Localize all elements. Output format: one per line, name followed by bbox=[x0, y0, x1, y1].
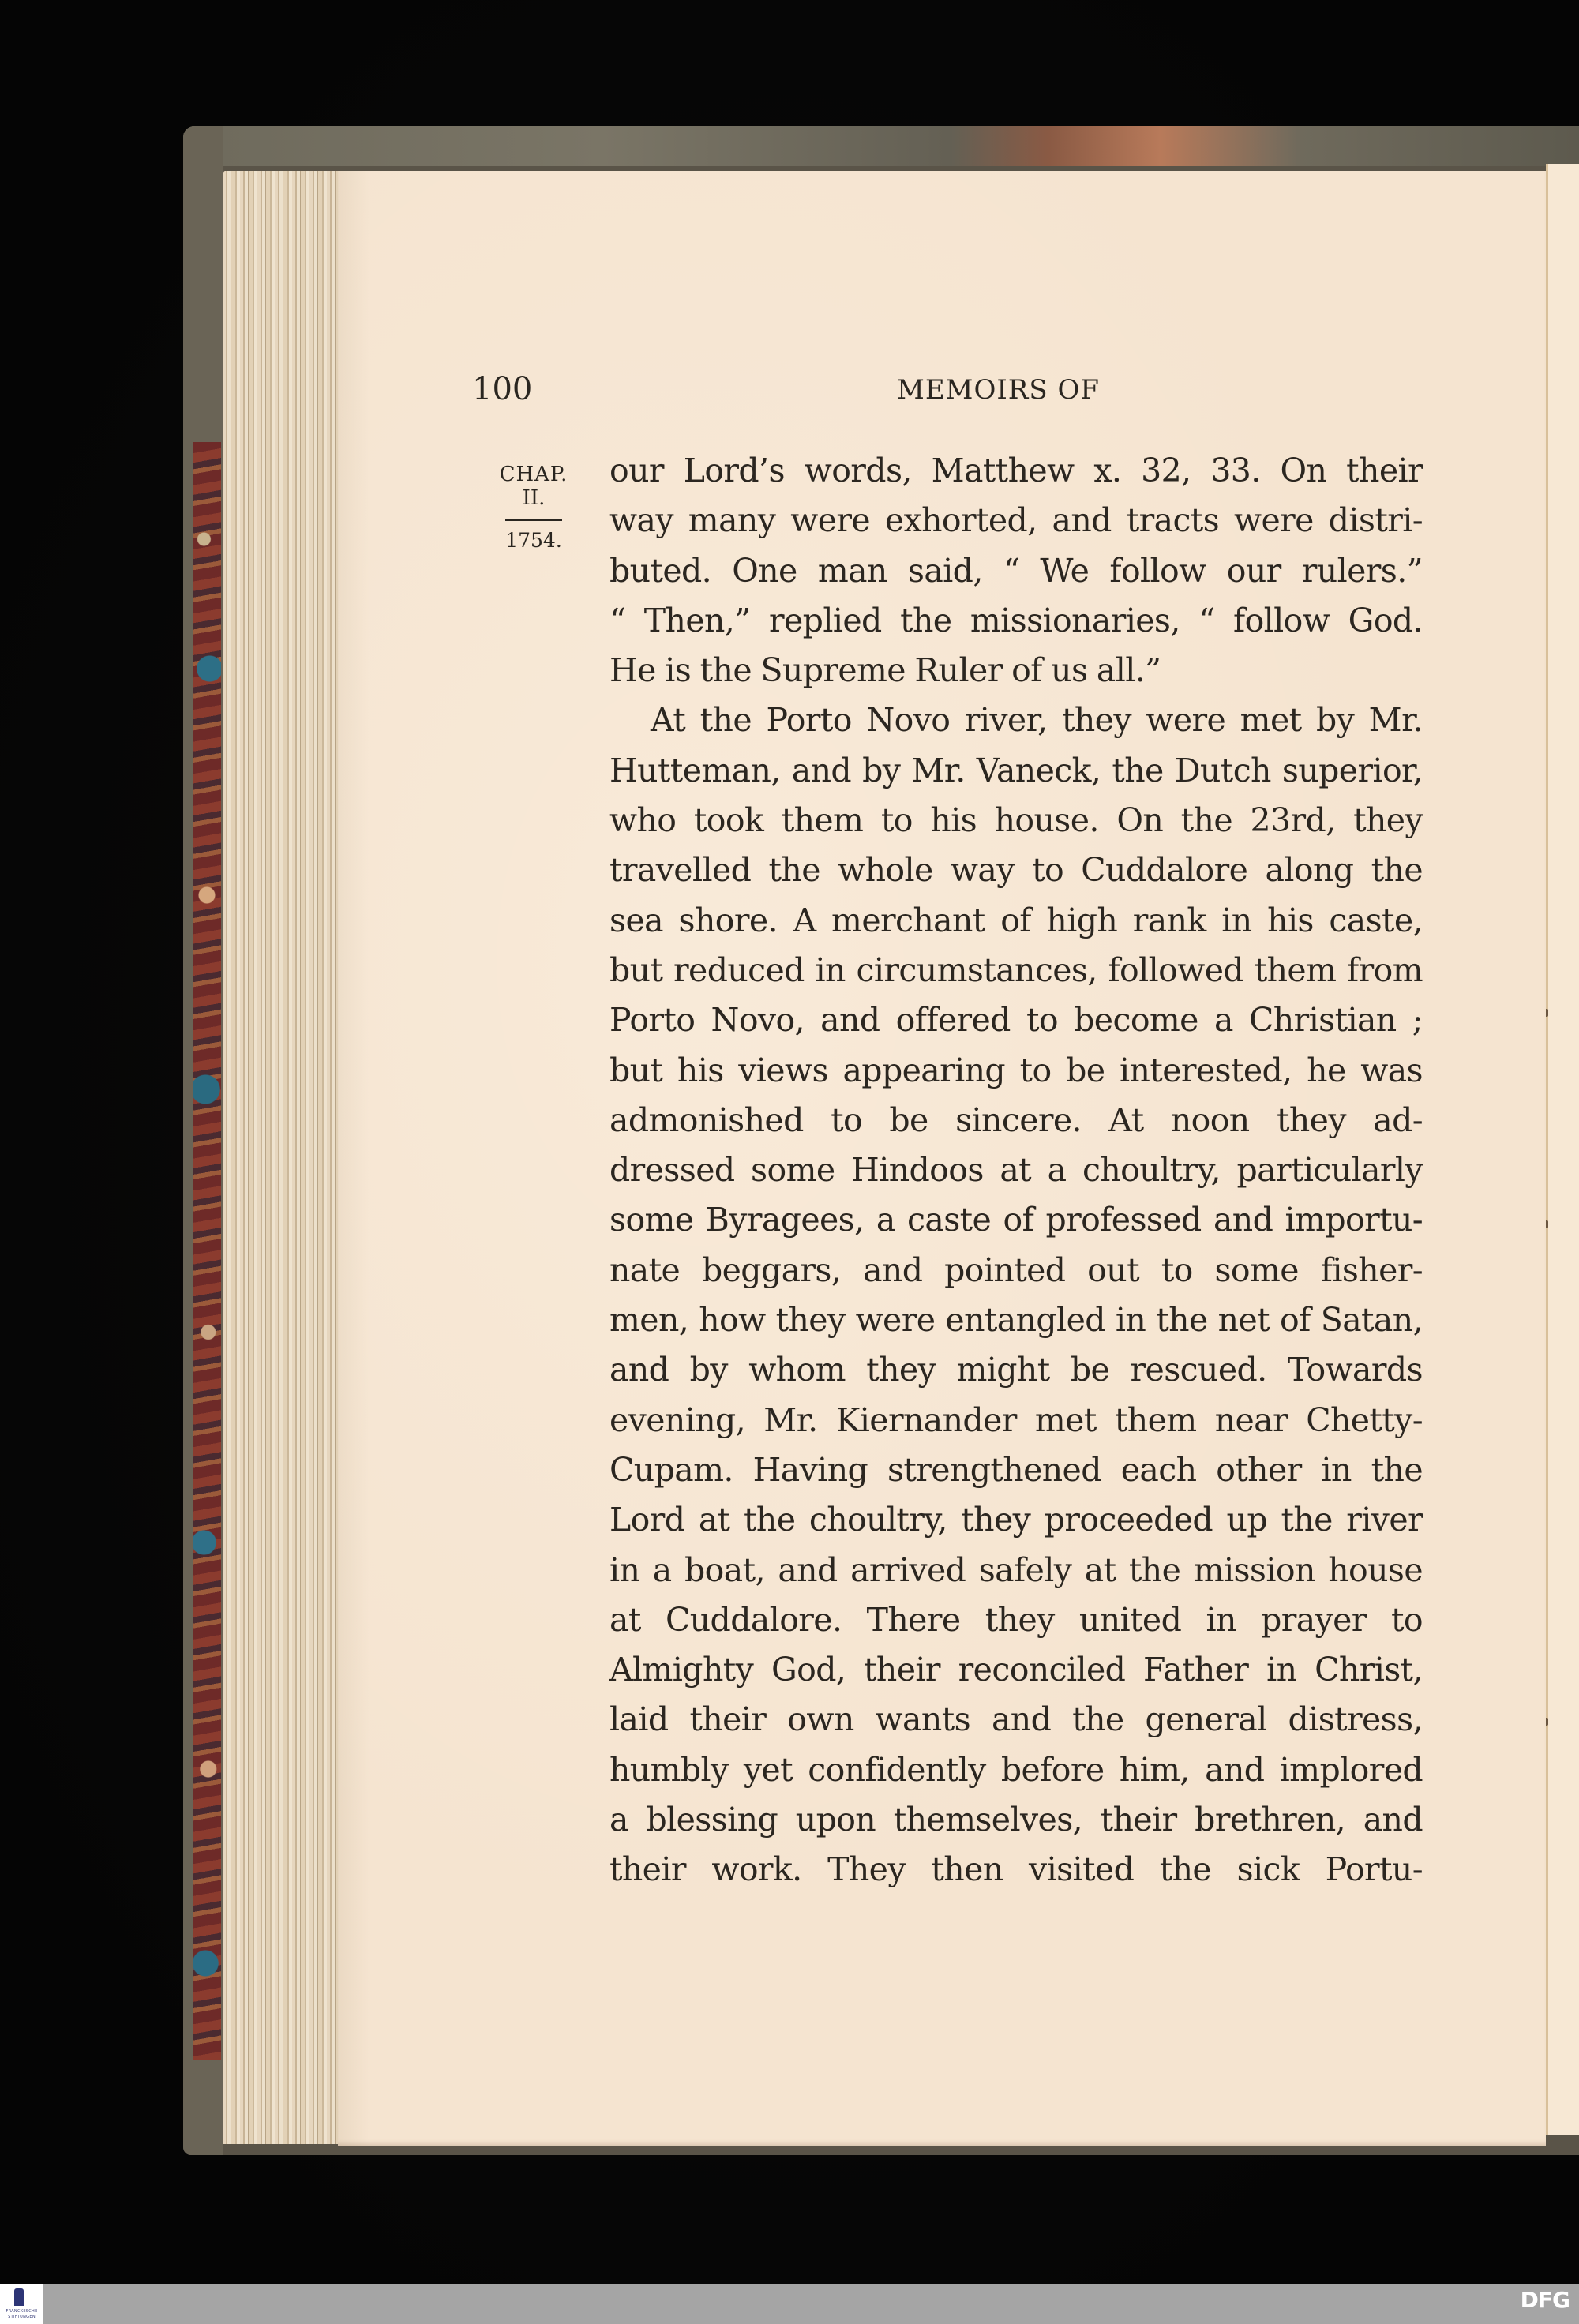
text-line: Lord at the choultry, they proceeded up … bbox=[609, 1495, 1423, 1545]
text-line: evening, Mr. Kiernander met them near Ch… bbox=[609, 1396, 1423, 1445]
text-line: but reduced in circumstances, followed t… bbox=[609, 946, 1423, 995]
text-line: at Cuddalore. There they united in praye… bbox=[609, 1595, 1423, 1645]
dfg-logo: DFG bbox=[1521, 2287, 1570, 2313]
page-header: 100 MEMOIRS OF bbox=[472, 371, 1420, 410]
text-line: their work. They then visited the sick P… bbox=[609, 1845, 1423, 1895]
text-line: buted. One man said, “ We follow our rul… bbox=[609, 546, 1423, 596]
text-line: nate beggars, and pointed out to some fi… bbox=[609, 1246, 1423, 1295]
book-cover-top-edge bbox=[183, 126, 1579, 166]
text-line: He is the Supreme Ruler of us all.” bbox=[609, 646, 1423, 695]
body-text: our Lord’s words, Matthew x. 32, 33. On … bbox=[609, 446, 1423, 1895]
text-line: travelled the whole way to Cuddalore alo… bbox=[609, 845, 1423, 895]
building-icon bbox=[14, 2288, 24, 2306]
page-block-edge bbox=[223, 171, 341, 2144]
text-line: who took them to his house. On the 23rd,… bbox=[609, 796, 1423, 845]
margin-year: 1754. bbox=[491, 529, 576, 553]
marbled-endpaper bbox=[193, 442, 221, 2060]
text-line: a blessing upon themselves, their brethr… bbox=[609, 1795, 1423, 1845]
margin-note: CHAP. II. 1754. bbox=[491, 463, 576, 553]
text-line: way many were exhorted, and tracts were … bbox=[609, 496, 1423, 545]
text-line: dressed some Hindoos at a choultry, part… bbox=[609, 1145, 1423, 1195]
text-line: humbly yet confidently before him, and i… bbox=[609, 1745, 1423, 1795]
text-line: but his views appearing to be interested… bbox=[609, 1046, 1423, 1096]
chapter-number: II. bbox=[491, 486, 576, 510]
running-head: MEMOIRS OF bbox=[897, 374, 1100, 406]
text-line: and by whom they might be rescued. Towar… bbox=[609, 1345, 1423, 1395]
facing-page-edge bbox=[1546, 164, 1579, 2135]
text-line: At the Porto Novo river, they were met b… bbox=[609, 695, 1423, 745]
text-line: our Lord’s words, Matthew x. 32, 33. On … bbox=[609, 446, 1423, 496]
francke-foundation-logo: FRANCKESCHE STIFTUNGEN bbox=[0, 2284, 43, 2324]
text-line: Cupam. Having strengthened each other in… bbox=[609, 1445, 1423, 1495]
text-line: Almighty God, their reconciled Father in… bbox=[609, 1645, 1423, 1695]
chapter-label: CHAP. bbox=[491, 463, 576, 486]
text-line: Hutteman, and by Mr. Vaneck, the Dutch s… bbox=[609, 746, 1423, 796]
text-line: admonished to be sincere. At noon they a… bbox=[609, 1096, 1423, 1145]
text-line: in a boat, and arrived safely at the mis… bbox=[609, 1546, 1423, 1595]
text-line: “ Then,” replied the missionaries, “ fol… bbox=[609, 596, 1423, 646]
text-line: Porto Novo, and offered to become a Chri… bbox=[609, 995, 1423, 1045]
viewer-footer-bar bbox=[0, 2284, 1579, 2324]
page-number: 100 bbox=[472, 371, 532, 407]
text-line: some Byragees, a caste of professed and … bbox=[609, 1195, 1423, 1245]
margin-rule bbox=[505, 519, 562, 521]
text-line: laid their own wants and the general dis… bbox=[609, 1695, 1423, 1745]
text-line: sea shore. A merchant of high rank in hi… bbox=[609, 896, 1423, 946]
text-line: men, how they were entangled in the net … bbox=[609, 1295, 1423, 1345]
logo-text: FRANCKESCHE STIFTUNGEN bbox=[2, 2309, 42, 2320]
